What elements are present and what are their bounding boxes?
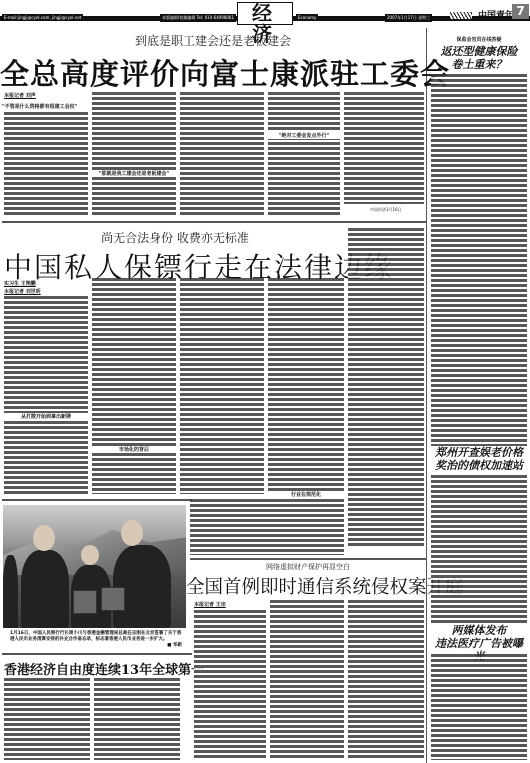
contact-phone: 本版编辑/校稿编辑 Tel: 010-64098061 xyxy=(160,14,236,22)
sidebar-story1-title-2: 卷土重来？ xyxy=(430,58,528,71)
lead-dateline: 中国经济1月16日 xyxy=(370,207,402,213)
photo-caption-text: 1月16日，中国人民银行行长周小川与香港金融管理局总裁任志刚在北京签署了关于香港… xyxy=(10,631,181,642)
sidebar-story1-title-1: 返还型健康保险 xyxy=(430,45,528,58)
sidebar-story1-kicker: 保监会官员在线答疑 xyxy=(430,36,528,43)
second-kicker: 尚无合法身份 收费亦无标准 xyxy=(60,229,290,246)
section-title-en: Economy xyxy=(296,14,318,21)
im-body-col2 xyxy=(270,600,344,760)
im-kicker: 网络虚拟财产保护再显空白 xyxy=(190,562,426,572)
lead-subhead-1: "不管是什么资格都有组建工会权" xyxy=(2,103,88,110)
contact-email: E-mail:jingji@cyol.com, jingji@cyol.net xyxy=(2,14,83,21)
photo-head-left xyxy=(33,525,55,551)
lead-body-col4 xyxy=(268,92,340,215)
sidebar-story1-body xyxy=(431,74,527,446)
photo-credit: ■ 华新 xyxy=(167,643,182,649)
flag-cn-icon xyxy=(101,587,125,611)
hk-body-col1 xyxy=(4,678,90,760)
issue-date: 2007年1月17日 星期三 xyxy=(385,14,432,22)
lead-subhead-2: "那就是我工建会还是老板建会" xyxy=(92,170,176,177)
sidebar-story2-body xyxy=(431,475,527,625)
im-body-col1 xyxy=(194,610,266,760)
photo-head-mid xyxy=(81,545,99,565)
hk-body-col2 xyxy=(94,678,180,760)
second-body-col5 xyxy=(348,228,424,548)
hk-headline: 香港经济自由度连续13年全球第一 xyxy=(4,659,186,678)
section-title: 经 济 xyxy=(237,2,293,25)
section-divider-2 xyxy=(2,499,192,501)
lead-headline: 全总高度评价向富士康派驻工委会 xyxy=(0,52,426,93)
lead-byline: 本报记者 刘声 xyxy=(4,92,36,99)
sidebar-story3-body xyxy=(431,654,527,760)
second-subhead-2: 市场化的背后 xyxy=(92,446,176,453)
sidebar-story2-title-1: 郑州开查娱老价格 xyxy=(430,446,528,459)
second-body-col4 xyxy=(268,278,344,494)
second-byline-2: 本报记者 刘世昕 xyxy=(4,288,41,295)
decorative-hatch-icon xyxy=(450,12,472,19)
second-byline-1: 实习生 王翔鹏 xyxy=(4,280,36,287)
im-headline: 全国首例即时通信系统侵权案开庭 xyxy=(186,573,430,599)
flag-hk-icon xyxy=(73,590,97,614)
im-byline: 本报记者 王宗 xyxy=(194,601,226,608)
lead-body-col3 xyxy=(180,92,264,215)
section-divider-4 xyxy=(190,558,426,560)
second-body-bottom xyxy=(190,499,344,555)
lead-body-col5 xyxy=(344,92,424,204)
photo-head-right xyxy=(121,520,143,546)
section-divider-3 xyxy=(2,653,192,655)
second-subhead-1: 从打散开始到拿出新牌 xyxy=(4,413,88,420)
lead-subhead-3: "绝对工委会发点外行" xyxy=(268,132,340,139)
section-divider-1 xyxy=(2,221,426,223)
second-body-col2 xyxy=(92,278,176,494)
second-body-col1 xyxy=(4,296,88,494)
page-number: 7 xyxy=(512,4,529,19)
lead-body-col1 xyxy=(4,112,88,215)
im-body-col3 xyxy=(348,600,424,760)
news-photo xyxy=(3,505,186,628)
second-subhead-3: 行业在规范化 xyxy=(268,491,344,498)
sidebar-divider xyxy=(426,28,427,763)
photo-caption: 1月16日，中国人民银行行长周小川与香港金融管理局总裁任志刚在北京签署了关于香港… xyxy=(10,631,182,649)
sidebar-story3-title-1: 两媒体发布 xyxy=(430,624,528,637)
lead-body-col2 xyxy=(92,92,176,215)
photo-person-far-left xyxy=(3,555,18,628)
second-body-col3 xyxy=(180,278,264,494)
lead-kicker: 到底是职工建会还是老板建会 xyxy=(0,32,426,49)
photo-person-left xyxy=(21,550,69,628)
sidebar-story2-title-2: 奖治的债权加速站 xyxy=(430,459,528,472)
